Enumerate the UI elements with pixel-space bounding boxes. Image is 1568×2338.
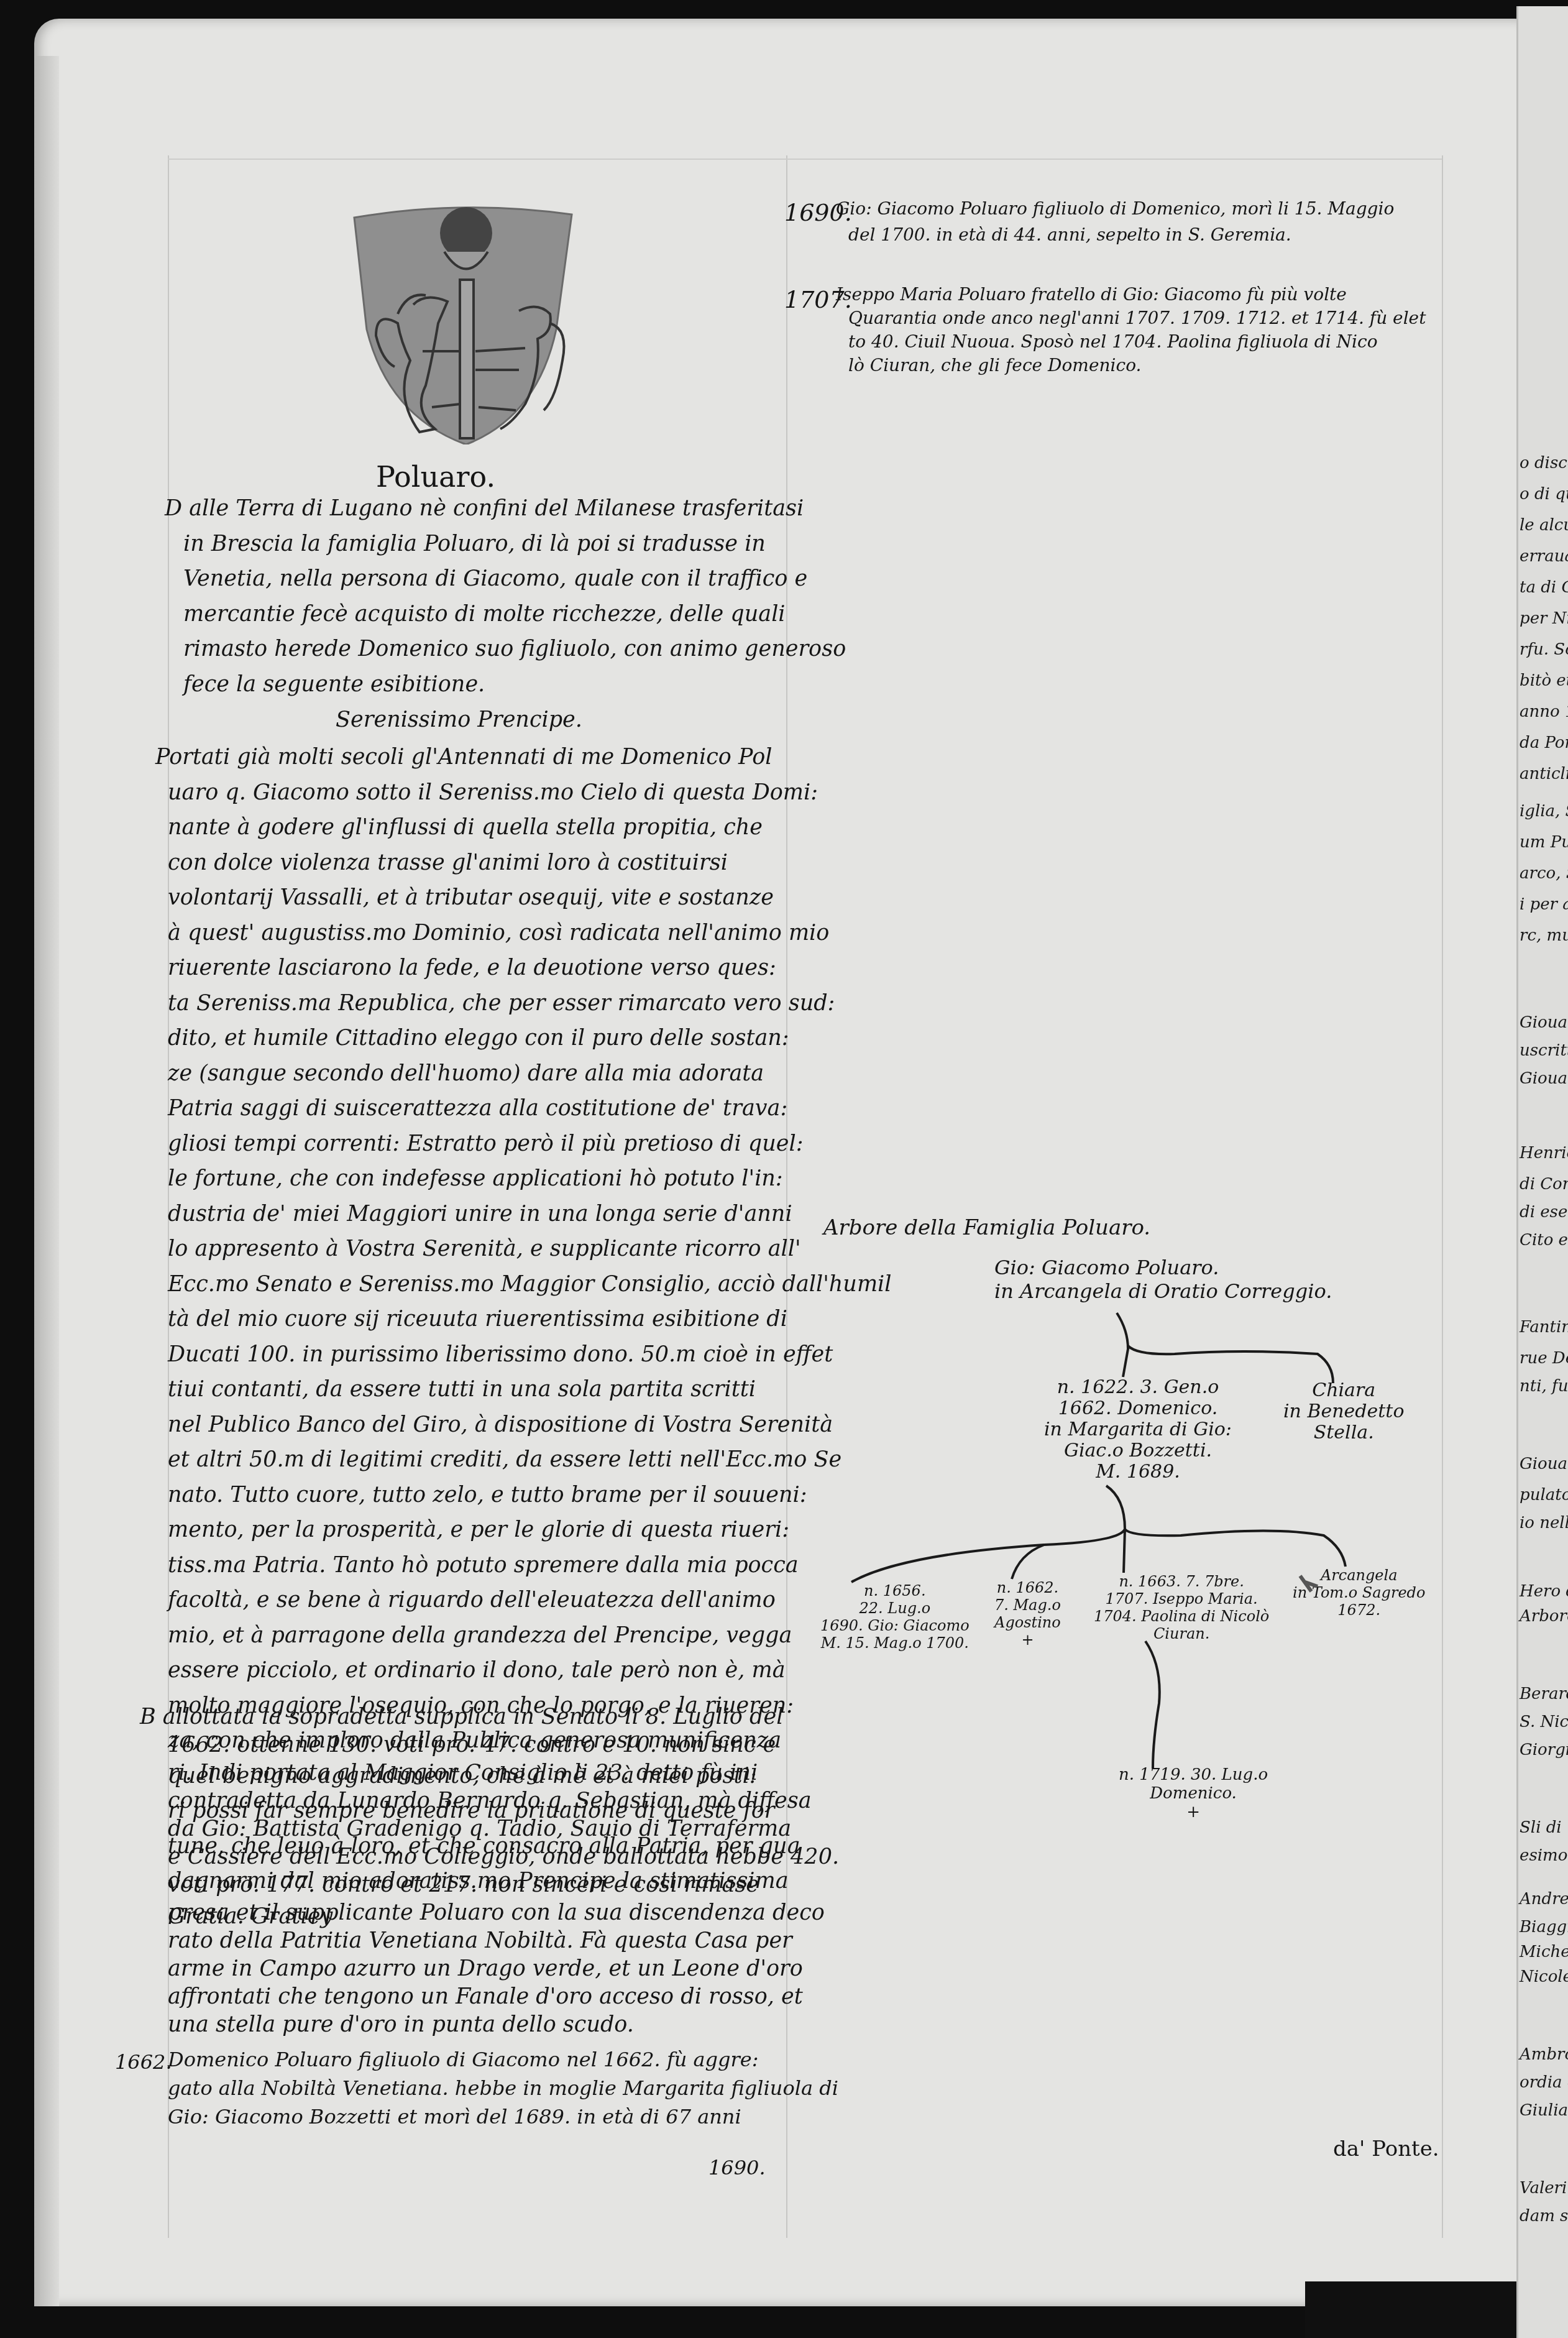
fragment-line: Valeri <box>1520 2179 1567 2198</box>
fragment-line: da Pon <box>1520 734 1568 752</box>
fragment-line: dam sc <box>1520 2207 1568 2225</box>
fragment-line: anno 1217 <box>1520 702 1568 721</box>
background-edge <box>1305 2281 1516 2338</box>
fragment-line: rfu. Son <box>1520 640 1568 659</box>
fragment-line: io nella <box>1520 1514 1568 1532</box>
fragment-line: le alcuni <box>1520 516 1568 535</box>
fragment-line: di esenti <box>1520 1203 1568 1222</box>
fragment-line: Biaggio <box>1520 1918 1568 1936</box>
fragment-line: arco, Se <box>1520 864 1568 883</box>
fragment-line: Nicolett <box>1520 1968 1568 1986</box>
fragment-line: pulato in <box>1520 1486 1568 1504</box>
fragment-line: o discordi <box>1520 454 1568 472</box>
fragment-line: um Pu <box>1520 833 1568 852</box>
fragment-line: Giulia sa <box>1520 2101 1568 2120</box>
fragment-line: Sli di q <box>1520 1818 1568 1837</box>
fragment-line: Hero de <box>1520 1582 1568 1601</box>
fragment-line: nti, fura <box>1520 1377 1568 1396</box>
adjacent-page-edge: o discordi o di questa le alcuni erraua.… <box>1516 6 1568 2338</box>
fragment-line: i per aun <box>1520 895 1568 914</box>
fragment-line: uscritto n <box>1520 1041 1568 1060</box>
fragment-line: o di questa <box>1520 485 1568 504</box>
fragment-line: Berardo <box>1520 1685 1568 1703</box>
fragment-line: Cito e C <box>1520 1231 1568 1250</box>
fragment-line: Henricu <box>1520 1144 1568 1162</box>
fragment-line: di Consi <box>1520 1175 1568 1194</box>
fragment-line: Giouanni <box>1520 1069 1568 1088</box>
fragment-line: rue Delle <box>1520 1349 1568 1368</box>
ink-blot-mark <box>1300 1576 1318 1591</box>
fragment-line: bitò et n <box>1520 671 1568 690</box>
fragment-line: Michele <box>1520 1943 1568 1961</box>
catchword: da' Ponte. <box>1333 2132 1439 2166</box>
fragment-line: iglia, Se <box>1520 802 1568 821</box>
fragment-line: ta di Ger <box>1520 578 1568 597</box>
fragment-line: per Nicolò <box>1520 609 1568 628</box>
fragment-line: ordia co <box>1520 2073 1568 2092</box>
fragment-line: Giouanni <box>1520 1455 1568 1473</box>
fragment-line: Arbore de <box>1520 1607 1568 1626</box>
fragment-line: Andrea <box>1520 1890 1568 1908</box>
fragment-line: anticlic <box>1520 765 1568 783</box>
family-tree-connectors <box>0 0 1568 2338</box>
fragment-line: S. Nicol <box>1520 1713 1568 1731</box>
fragment-line: Fantino <box>1520 1318 1568 1337</box>
fragment-line: erraua. Ta <box>1520 547 1568 566</box>
fragment-line: Ambro <box>1520 2045 1568 2064</box>
fragment-line: esimo <box>1520 1846 1567 1865</box>
fragment-line: Giouanni <box>1520 1013 1568 1032</box>
fragment-line: rc, muro <box>1520 926 1568 945</box>
fragment-line: Giorgio N <box>1520 1741 1568 1759</box>
